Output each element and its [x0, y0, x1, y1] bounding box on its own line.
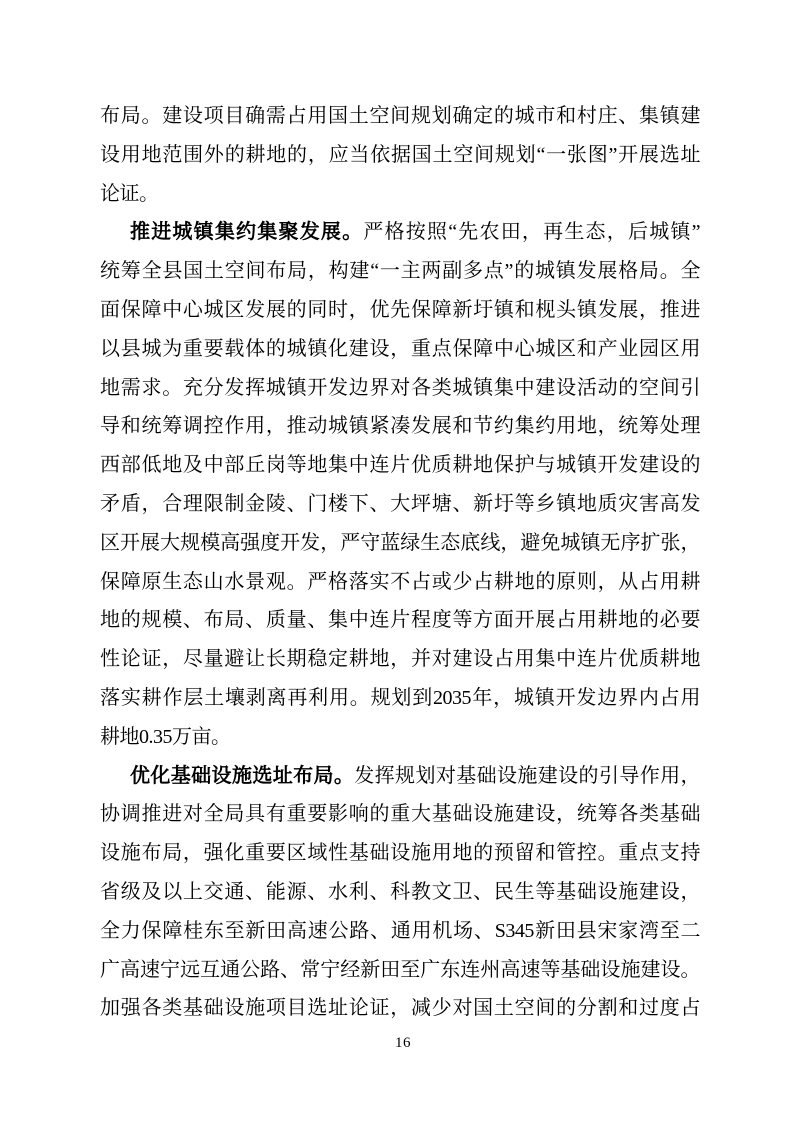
paragraph-heading-line: 优化基础设施选址布局。发挥规划对基础设施建设的引导作用， — [100, 757, 700, 796]
text-line: 设施布局，强化重要区域性基础设施用地的预留和管控。重点支持 — [100, 834, 700, 873]
text-line: 耕地0.35万亩。 — [100, 718, 700, 757]
text-line: 论证。 — [100, 175, 700, 214]
text-line: 协调推进对全局具有重要影响的重大基础设施建设，统筹各类基础 — [100, 795, 700, 834]
text-line: 广高速宁远互通公路、常宁经新田至广东连州高速等基础设施建设。 — [100, 951, 700, 990]
text-line: 区开展大规模高强度开发，严守蓝绿生态底线，避免城镇无序扩张， — [100, 524, 700, 563]
text-line: 导和统筹调控作用，推动城镇紧凑发展和节约集约用地，统筹处理 — [100, 407, 700, 446]
text-line: 全力保障桂东至新田高速公路、通用机场、S345新田县宋家湾至二 — [100, 912, 700, 951]
heading-line-rest: 严格按照“先农田，再生态，后城镇” — [363, 221, 700, 243]
text-line: 以县城为重要载体的城镇化建设，重点保障中心城区和产业园区用 — [100, 330, 700, 369]
text-line: 省级及以上交通、能源、水利、科教文卫、民生等基础设施建设， — [100, 873, 700, 912]
text-line: 加强各类基础设施项目选址论证，减少对国土空间的分割和过度占 — [100, 989, 700, 1028]
page-number: 16 — [100, 1035, 706, 1052]
document-page: 布局。建设项目确需占用国土空间规划确定的城市和村庄、集镇建 设用地范围外的耕地的… — [0, 0, 793, 1122]
document-body: 布局。建设项目确需占用国土空间规划确定的城市和村庄、集镇建 设用地范围外的耕地的… — [100, 97, 700, 1028]
text-line: 西部低地及中部丘岗等地集中连片优质耕地保护与城镇开发建设的 — [100, 446, 700, 485]
text-line: 性论证，尽量避让长期稳定耕地，并对建设占用集中连片优质耕地 — [100, 640, 700, 679]
paragraph-heading: 优化基础设施选址布局。 — [130, 765, 354, 787]
paragraph-heading: 推进城镇集约集聚发展。 — [130, 221, 363, 243]
text-line: 统筹全县国土空间布局，构建“一主两副多点”的城镇发展格局。全 — [100, 252, 700, 291]
text-line: 地的规模、布局、质量、集中连片程度等方面开展占用耕地的必要 — [100, 601, 700, 640]
text-line: 保障原生态山水景观。严格落实不占或少占耕地的原则，从占用耕 — [100, 563, 700, 602]
text-line: 地需求。充分发挥城镇开发边界对各类城镇集中建设活动的空间引 — [100, 369, 700, 408]
text-line: 落实耕作层土壤剥离再利用。规划到2035年，城镇开发边界内占用 — [100, 679, 700, 718]
text-line: 面保障中心城区发展的同时，优先保障新圩镇和枧头镇发展，推进 — [100, 291, 700, 330]
text-line: 矛盾，合理限制金陵、门楼下、大坪塘、新圩等乡镇地质灾害高发 — [100, 485, 700, 524]
paragraph-heading-line: 推进城镇集约集聚发展。严格按照“先农田，再生态，后城镇” — [100, 213, 700, 252]
text-line: 布局。建设项目确需占用国土空间规划确定的城市和村庄、集镇建 — [100, 97, 700, 136]
text-line: 设用地范围外的耕地的，应当依据国土空间规划“一张图”开展选址 — [100, 136, 700, 175]
heading-line-rest: 发挥规划对基础设施建设的引导作用， — [354, 765, 700, 787]
